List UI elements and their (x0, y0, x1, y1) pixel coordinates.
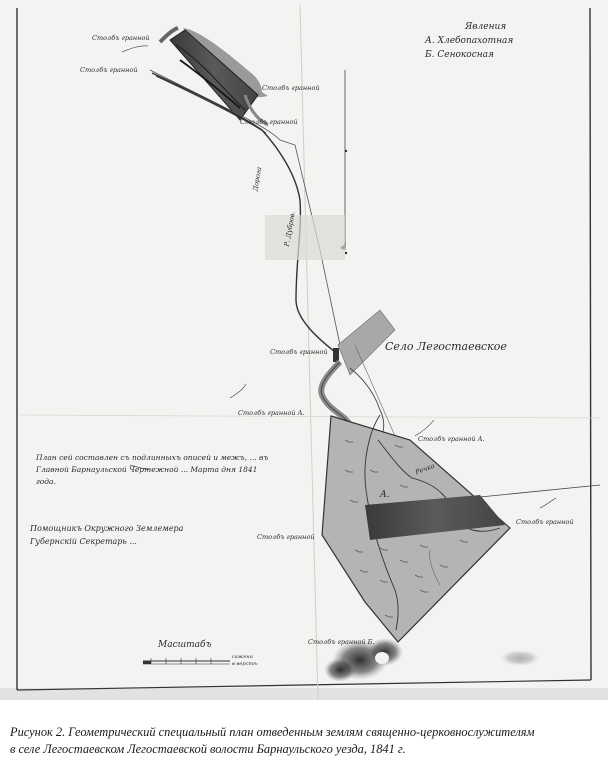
legend-label: Сенокосная (437, 50, 494, 60)
pillar-label: Столбъ гранной А. (418, 435, 485, 443)
signature-line-2: Губернскiй Секретарь ... (30, 535, 230, 548)
pillar-label: Столбъ гранной (80, 66, 138, 74)
surveyor-signature: Помощникъ Окружного Землемера Губернскiй… (30, 522, 230, 548)
legend-item-meadow: Б. Сенокосная (425, 48, 575, 62)
signature-line-1: Помощникъ Окружного Землемера (30, 522, 230, 535)
scale-title: Масштабъ (158, 640, 212, 650)
legend-title: Явления (425, 20, 575, 34)
area-label-a: А. (380, 490, 390, 500)
pillar-label: Столбъ гранной А. (238, 409, 305, 417)
legend-key: А. (425, 36, 435, 46)
village-label: Село Легостаевское (385, 340, 507, 353)
caption-line-1: Рисунок 2. Геометрический специальный пл… (10, 724, 602, 741)
legend-item-arable: А. Хлебопахотная (425, 34, 575, 48)
pillar-label: Столбъ гранной Б. (308, 638, 374, 646)
scale-unit-line-1: сажени (232, 654, 258, 661)
pillar-label: Столбъ гранной (270, 348, 328, 356)
historical-map-scan: Явления А. Хлебопахотная Б. Сенокосная С… (0, 0, 608, 700)
figure-caption: Рисунок 2. Геометрический специальный пл… (10, 724, 602, 758)
pillar-label: Столбъ гранной (516, 518, 574, 526)
pillar-label: Столбъ гранной (262, 84, 320, 92)
scale-units: сажени в верстѣ (232, 654, 258, 668)
plan-note: План сей составлен съ подлинныхъ описей … (36, 452, 276, 488)
map-legend: Явления А. Хлебопахотная Б. Сенокосная (425, 20, 575, 62)
legend-label: Хлебопахотная (438, 36, 514, 46)
legend-key: Б. (425, 50, 434, 60)
scale-unit-line-2: в верстѣ (232, 661, 258, 668)
pillar-label: Столбъ гранной (257, 533, 315, 541)
pillar-label: Столбъ гранной (92, 34, 150, 42)
pillar-label: Столбъ гранной (240, 118, 298, 126)
caption-line-2: в селе Легостаевском Легостаевской волос… (10, 741, 602, 758)
